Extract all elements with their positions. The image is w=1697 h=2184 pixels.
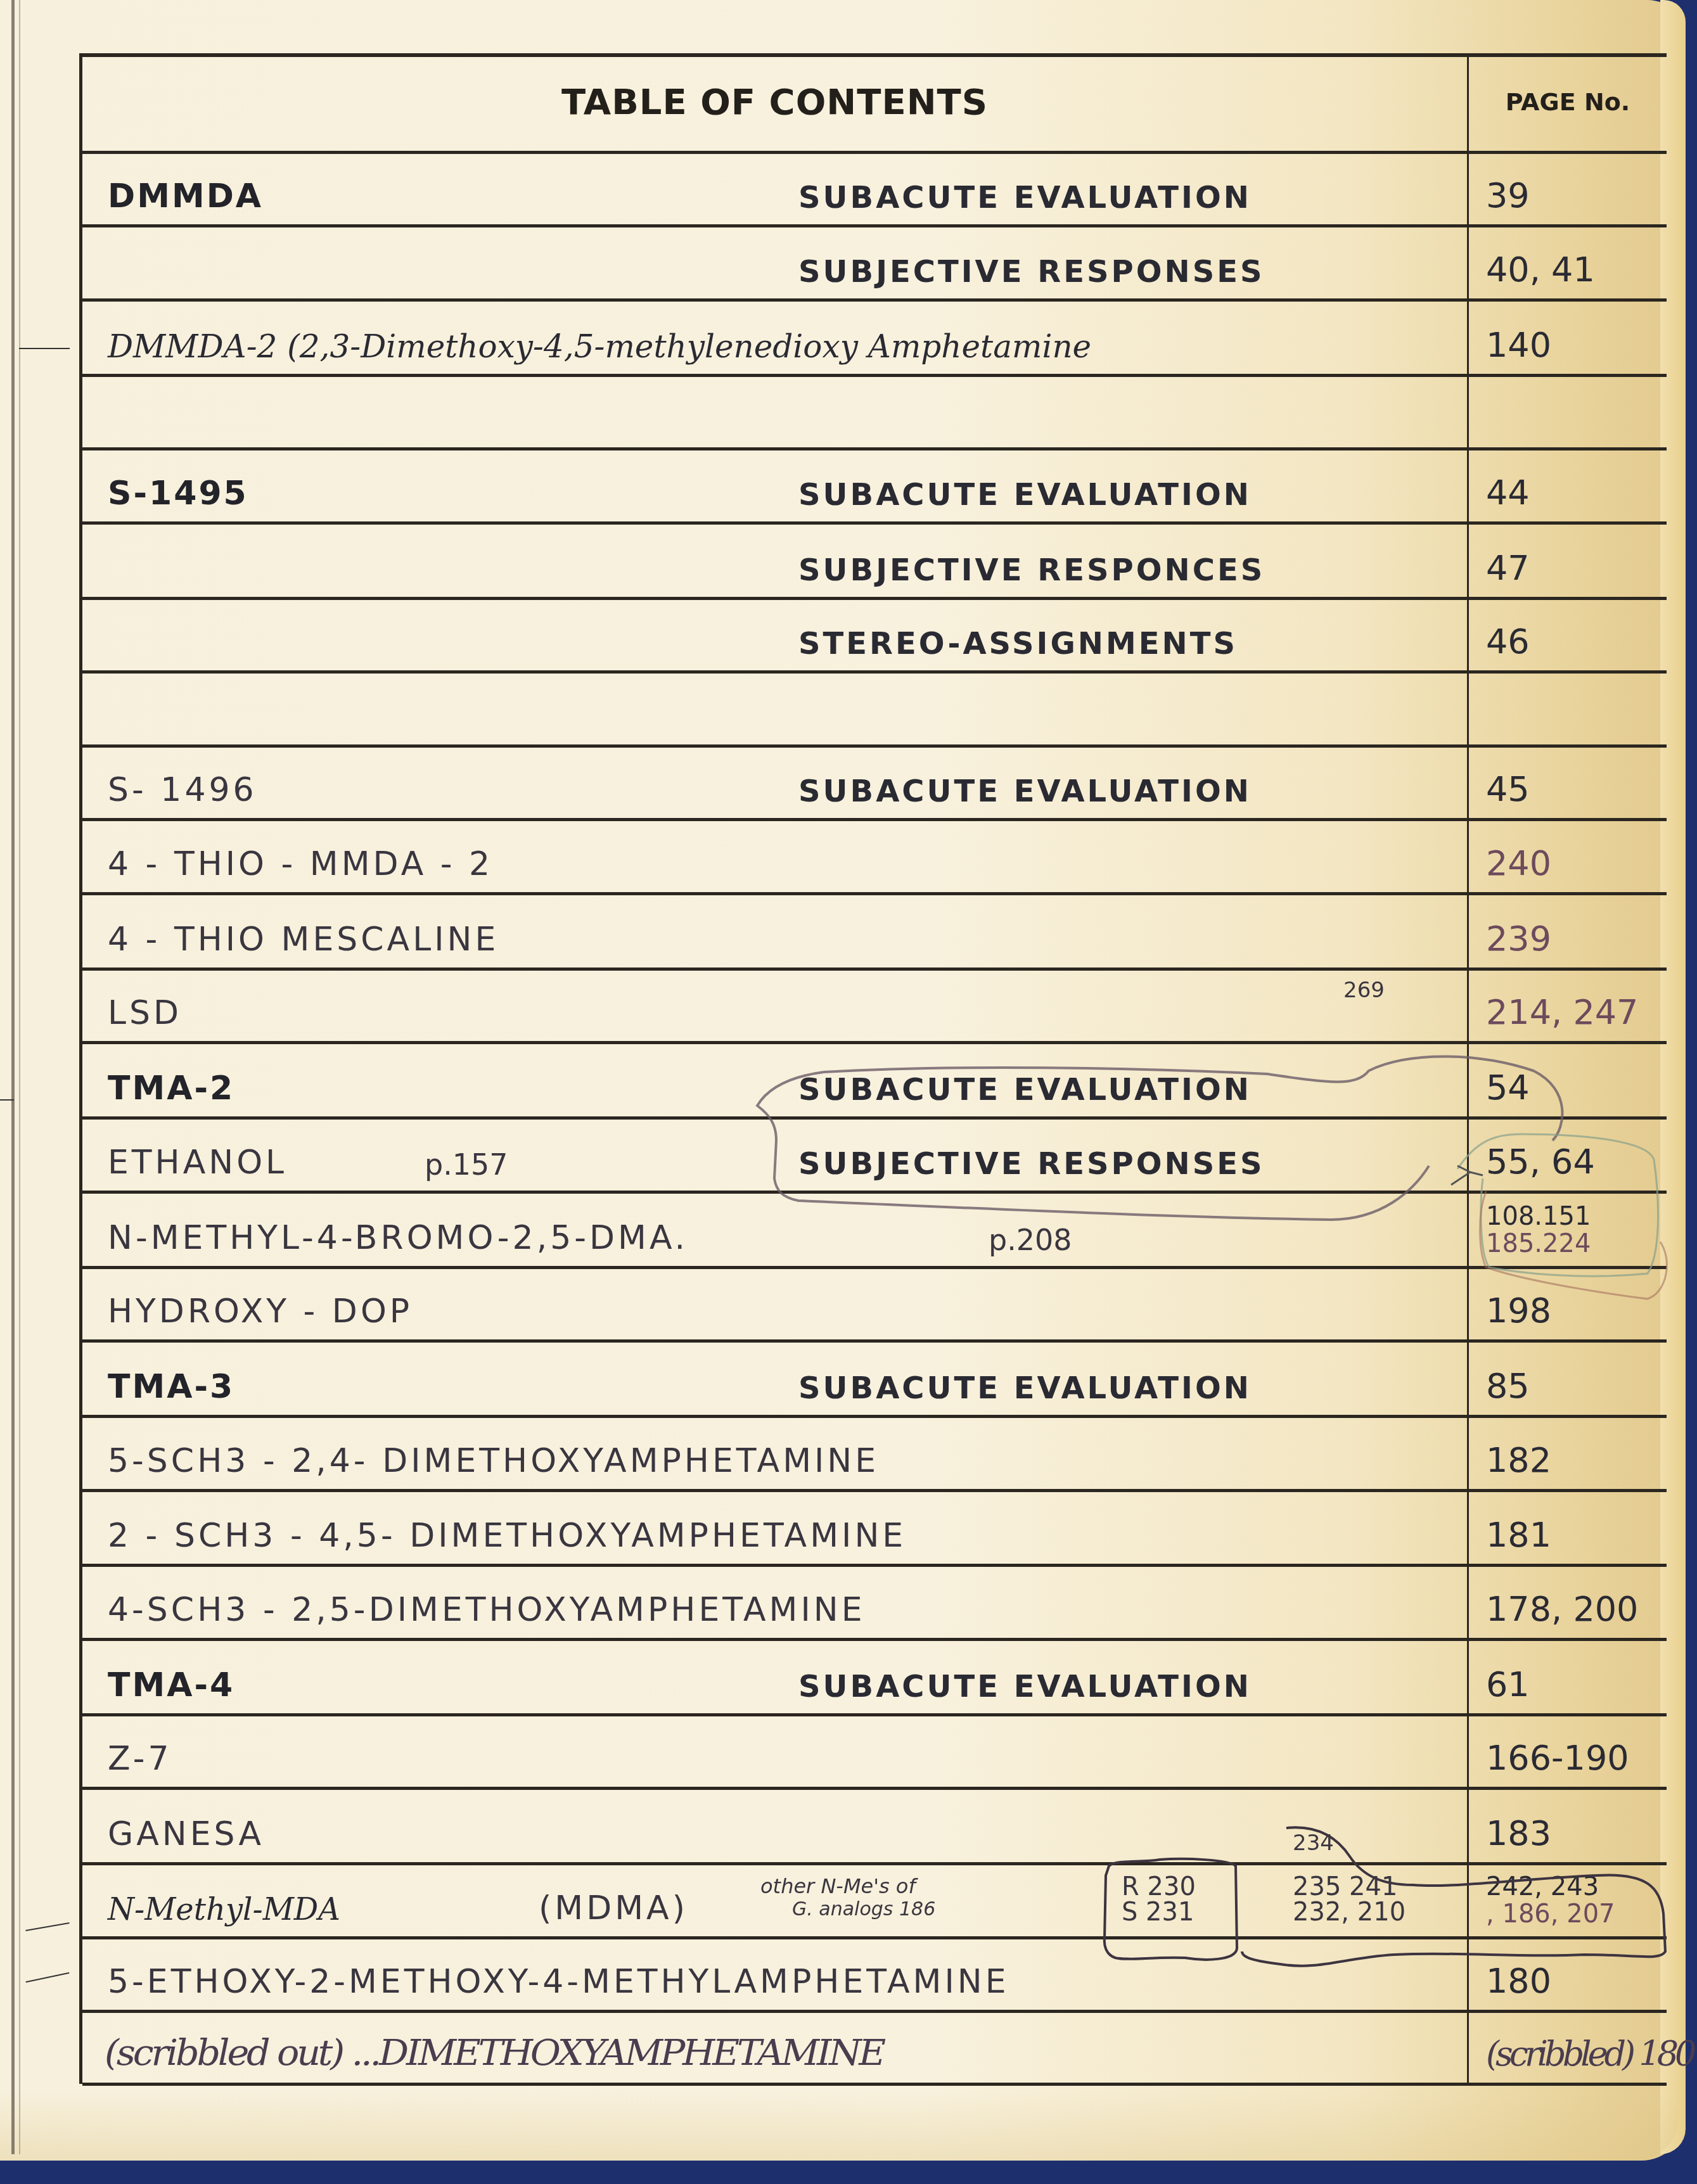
table-row: ETHANOLSUBJECTIVE RESPONSESp.15755, 64 <box>82 1116 1667 1191</box>
entry-name: 4 - THIO MESCALINE <box>108 921 499 959</box>
table-row <box>82 374 1667 447</box>
table-row <box>82 670 1667 744</box>
table-row: 4 - THIO - MMDA - 2240 <box>82 818 1667 892</box>
entry-name: LSD <box>108 994 182 1032</box>
entry-name: N-Methyl-MDA <box>108 1892 340 1927</box>
margin-mark <box>26 1972 70 1983</box>
page-number: 140 <box>1486 325 1551 365</box>
table-row: N-METHYL-4-BROMO-2,5-DMA.p.208108.151185… <box>82 1191 1667 1266</box>
margin-note: 234 <box>1293 1830 1334 1856</box>
extra-pages: 232, 210 <box>1293 1898 1406 1927</box>
s-enantiomer-page: S 231 <box>1122 1898 1194 1927</box>
entry-name: ETHANOL <box>108 1144 287 1182</box>
page-number: 44 <box>1486 473 1530 513</box>
page-number: 198 <box>1486 1291 1551 1331</box>
page-number: 108.151 <box>1486 1202 1591 1231</box>
table-row: N-Methyl-MDA(MDMA)other N-Me's ofG. anal… <box>82 1862 1667 1936</box>
entry-name: N-METHYL-4-BROMO-2,5-DMA. <box>108 1219 688 1257</box>
section-label: SUBJECTIVE RESPONSES <box>798 254 1265 290</box>
page-number: 214, 247 <box>1486 992 1638 1032</box>
page-number: 242, 243 <box>1486 1872 1599 1901</box>
table-row: 4-SCH3 - 2,5-DIMETHOXYAMPHETAMINE178, 20… <box>82 1564 1667 1638</box>
page-number: 46 <box>1486 622 1530 661</box>
page-number: 166-190 <box>1486 1738 1629 1778</box>
page-number: 180 <box>1486 1961 1551 2001</box>
entry-name: TMA-2 <box>108 1070 234 1108</box>
entry-name: HYDROXY - DOP <box>108 1293 413 1331</box>
entry-name: DMMDA-2 (2,3-Dimethoxy-4,5-methylenediox… <box>108 328 1091 365</box>
entry-name: 2 - SCH3 - 4,5- DIMETHOXYAMPHETAMINE <box>108 1517 906 1555</box>
page-number: 47 <box>1486 548 1530 588</box>
table-bottom-border <box>82 2083 1667 2086</box>
binding-line <box>11 0 15 2154</box>
page-number-secondary: 185.224 <box>1486 1229 1591 1258</box>
margin-mark <box>19 348 70 349</box>
table-row: 5-SCH3 - 2,4- DIMETHOXYAMPHETAMINE182 <box>82 1415 1667 1489</box>
table-row: DMMDASUBACUTE EVALUATION39 <box>82 151 1667 224</box>
margin-mark <box>25 1922 69 1931</box>
table-row: 4 - THIO MESCALINE239 <box>82 892 1667 967</box>
section-label: SUBACUTE EVALUATION <box>798 1370 1252 1406</box>
page-number-column-header: PAGE No. <box>1469 53 1667 151</box>
table-row: TMA-4SUBACUTE EVALUATION61 <box>82 1638 1667 1713</box>
table-row: HYDROXY - DOP198 <box>82 1266 1667 1339</box>
page-number: 85 <box>1486 1366 1530 1406</box>
margin-note: G. analogs 186 <box>792 1898 935 1920</box>
margin-note: 269 <box>1343 978 1385 1003</box>
section-label: SUBJECTIVE RESPONCES <box>798 552 1265 588</box>
page-number: 178, 200 <box>1486 1589 1638 1629</box>
margin-mark <box>0 1099 14 1101</box>
page-number: 181 <box>1486 1515 1551 1555</box>
entry-name: TMA-3 <box>108 1368 234 1406</box>
entry-name: DMMDA <box>108 177 263 215</box>
margin-note: p.157 <box>425 1147 508 1182</box>
table-row: SUBJECTIVE RESPONSES40, 41 <box>82 224 1667 298</box>
entry-abbreviation: (MDMA) <box>539 1889 688 1927</box>
binding-line-secondary <box>19 0 20 2154</box>
table-row: DMMDA-2 (2,3-Dimethoxy-4,5-methylenediox… <box>82 298 1667 374</box>
page-number: 183 <box>1486 1813 1551 1853</box>
section-label: SUBACUTE EVALUATION <box>798 1072 1252 1108</box>
table-row: LSD269214, 247 <box>82 967 1667 1041</box>
table-row: S- 1496SUBACUTE EVALUATION45 <box>82 744 1667 818</box>
table-row: S-1495SUBACUTE EVALUATION44 <box>82 447 1667 521</box>
entry-name: 5-SCH3 - 2,4- DIMETHOXYAMPHETAMINE <box>108 1442 879 1480</box>
entry-name: 5-ETHOXY-2-METHOXY-4-METHYLAMPHETAMINE <box>108 1963 1009 2001</box>
page-number: 40, 41 <box>1486 250 1595 290</box>
page-number: 54 <box>1486 1068 1530 1108</box>
section-label: SUBJECTIVE RESPONSES <box>798 1146 1265 1182</box>
page-number: 240 <box>1486 843 1551 883</box>
section-label: SUBACUTE EVALUATION <box>798 774 1252 809</box>
page-number: 55, 64 <box>1486 1142 1595 1182</box>
section-label: SUBACUTE EVALUATION <box>798 477 1252 513</box>
table-row: GANESA234183 <box>82 1787 1667 1862</box>
entry-name: 4 - THIO - MMDA - 2 <box>108 845 493 883</box>
scribbled-entry: (scribbled out) ...DIMETHOXYAMPHETAMINE <box>105 2033 883 2074</box>
page-number-secondary: , 186, 207 <box>1486 1900 1615 1929</box>
entry-name: S- 1496 <box>108 771 257 809</box>
page-title: TABLE OF CONTENTS <box>82 53 1467 151</box>
page-number: (scribbled) 180 <box>1486 2034 1693 2074</box>
page-number: 45 <box>1486 769 1530 809</box>
page-number: 239 <box>1486 919 1551 959</box>
table-row: Z-7166-190 <box>82 1713 1667 1787</box>
section-label: SUBACUTE EVALUATION <box>798 1669 1252 1704</box>
page-bottom-shadow <box>0 2091 1679 2161</box>
page-number: 182 <box>1486 1440 1551 1480</box>
section-label: SUBACUTE EVALUATION <box>798 180 1252 215</box>
section-label: STEREO-ASSIGNMENTS <box>798 626 1238 661</box>
table-row: 5-ETHOXY-2-METHOXY-4-METHYLAMPHETAMINE18… <box>82 1936 1667 2010</box>
table-row: (scribbled out) ...DIMETHOXYAMPHETAMINE(… <box>82 2010 1667 2083</box>
table-row: 2 - SCH3 - 4,5- DIMETHOXYAMPHETAMINE181 <box>82 1489 1667 1564</box>
table-row: STEREO-ASSIGNMENTS46 <box>82 597 1667 670</box>
margin-note: p.208 <box>989 1223 1072 1257</box>
table-of-contents: TABLE OF CONTENTS PAGE No. DMMDASUBACUTE… <box>79 53 1667 2084</box>
table-row: TMA-2SUBACUTE EVALUATION54 <box>82 1041 1667 1116</box>
page-number: 61 <box>1486 1664 1530 1704</box>
table-row: TMA-3SUBACUTE EVALUATION85 <box>82 1339 1667 1415</box>
entry-name: 4-SCH3 - 2,5-DIMETHOXYAMPHETAMINE <box>108 1591 866 1629</box>
entry-name: GANESA <box>108 1815 264 1853</box>
margin-note: other N-Me's of <box>760 1874 916 1898</box>
entry-name: TMA-4 <box>108 1666 234 1704</box>
page-number: 39 <box>1486 176 1530 215</box>
table-row: SUBJECTIVE RESPONCES47 <box>82 521 1667 597</box>
entry-name: Z-7 <box>108 1740 172 1778</box>
entry-name: S-1495 <box>108 475 248 513</box>
